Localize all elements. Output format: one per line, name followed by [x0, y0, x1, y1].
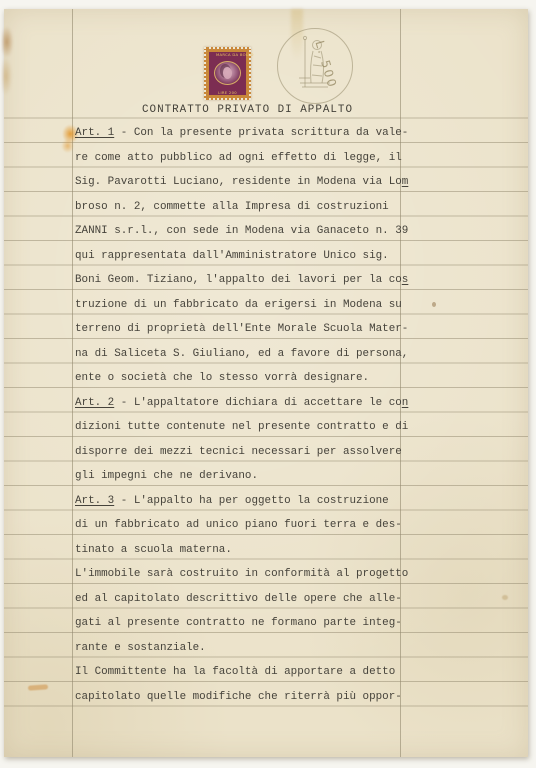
text-row: broso n. 2, commette alla Impresa di cos…: [75, 195, 420, 220]
stamp-value-label: LIRE 200: [216, 91, 239, 95]
text-row: terreno di proprietà dell'Ente Morale Sc…: [75, 317, 420, 342]
text-row: Art. 1 - Con la presente privata scrittu…: [75, 121, 420, 146]
text-row: gati al presente contratto ne formano pa…: [75, 611, 420, 636]
text-row: Boni Geom. Tiziano, l'appalto dei lavori…: [75, 268, 420, 293]
embossed-seal: L. 500: [277, 28, 353, 104]
revenue-stamp: MARCA DA BOLLO LIRE 200: [204, 47, 251, 100]
text-row: na di Saliceta S. Giuliano, ed a favore …: [75, 342, 420, 367]
text-row: qui rappresentata dall'Amministratore Un…: [75, 244, 420, 269]
document-page: MARCA DA BOLLO LIRE 200 L. 500: [4, 9, 528, 757]
text-row: dizioni tutte contenute nel presente con…: [75, 415, 420, 440]
text-row: capitolato quelle modifiche che riterrà …: [75, 685, 420, 710]
text-row: Il Committente ha la facoltà di apportar…: [75, 660, 420, 685]
text-row: rante e sostanziale.: [75, 636, 420, 661]
text-row: re come atto pubblico ad ogni effetto di…: [75, 146, 420, 171]
text-row: disporre dei mezzi tecnici necessari per…: [75, 440, 420, 465]
edge-stain: [2, 23, 18, 99]
text-row: ed al capitolato descrittivo delle opere…: [75, 587, 420, 612]
text-row: Art. 3 - L'appalto ha per oggetto la cos…: [75, 489, 420, 514]
text-row: L'immobile sarà costruito in conformità …: [75, 562, 420, 587]
text-row: truzione di un fabbricato da erigersi in…: [75, 293, 420, 318]
text-row: di un fabbricato ad unico piano fuori te…: [75, 513, 420, 538]
seal-figure-icon: [278, 29, 354, 105]
text-row: ente o società che lo stesso vorrà desig…: [75, 366, 420, 391]
text-row: Sig. Pavarotti Luciano, residente in Mod…: [75, 170, 420, 195]
stamp-top-label: MARCA DA BOLLO: [216, 53, 239, 57]
stamp-portrait: [214, 61, 241, 85]
text-row: tinato a scuola materna.: [75, 538, 420, 563]
document-title: CONTRATTO PRIVATO DI APPALTO: [142, 104, 353, 116]
text-body: Art. 1 - Con la presente privata scrittu…: [75, 121, 420, 709]
text-row: Art. 2 - L'appaltatore dichiara di accet…: [75, 391, 420, 416]
portrait-face: [223, 67, 233, 79]
text-row: gli impegni che ne derivano.: [75, 464, 420, 489]
left-margin-line: [72, 9, 73, 757]
stamp-panel: MARCA DA BOLLO LIRE 200: [209, 52, 246, 95]
text-row: ZANNI s.r.l., con sede in Modena via Gan…: [75, 219, 420, 244]
